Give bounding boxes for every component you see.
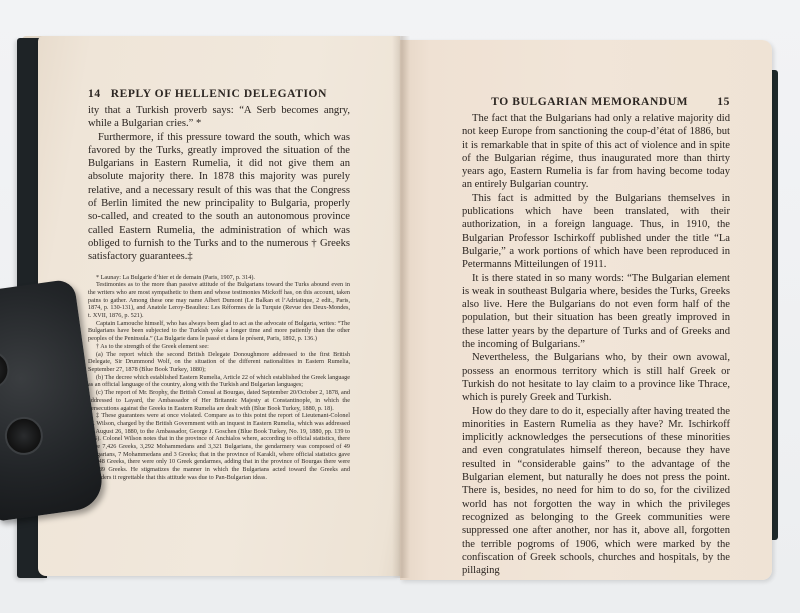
footnote: Testimonies as to the more than passive … xyxy=(88,281,350,320)
page-number: 14 xyxy=(88,88,101,100)
left-running-head: 14 REPLY OF HELLENIC DELEGATION xyxy=(88,88,350,100)
footnote: * Launay: La Bulgarie d’hier et de demai… xyxy=(88,274,350,282)
paragraph: ity that a Turkish proverb says: “A Serb… xyxy=(88,104,350,131)
screw-icon xyxy=(0,348,12,391)
paragraph: It is there stated in so many words: “Th… xyxy=(462,272,730,352)
photo-scene: 14 REPLY OF HELLENIC DELEGATION ity that… xyxy=(0,0,800,613)
running-head-title: TO BULGARIAN MEMORANDUM xyxy=(462,96,717,108)
paragraph: Furthermore, if this pressure toward the… xyxy=(88,131,350,264)
left-page-text: 14 REPLY OF HELLENIC DELEGATION ity that… xyxy=(88,88,350,482)
running-head-title: REPLY OF HELLENIC DELEGATION xyxy=(111,88,350,100)
paragraph: This fact is admitted by the Bulgarians … xyxy=(462,192,730,272)
screw-icon xyxy=(2,414,45,457)
footnote: (c) The report of Mr. Brophy, the Britis… xyxy=(88,389,350,412)
footnote: Captain Lamouche himself, who has always… xyxy=(88,320,350,343)
footnote: (b) The decree which established Eastern… xyxy=(88,374,350,389)
book-gutter xyxy=(392,36,410,578)
paragraph: How do they dare to do it, especially af… xyxy=(462,405,730,578)
paragraph: Nevertheless, the Bulgarians who, by the… xyxy=(462,351,730,404)
footnote: ‡ These guarantees were at once violated… xyxy=(88,412,350,481)
page-number: 15 xyxy=(717,96,730,108)
right-page-text: TO BULGARIAN MEMORANDUM 15 The fact that… xyxy=(462,96,730,577)
footnotes: * Launay: La Bulgarie d’hier et de demai… xyxy=(88,274,350,482)
paragraph: The fact that the Bulgarians had only a … xyxy=(462,112,730,192)
footnote: † As to the strength of the Greek elemen… xyxy=(88,343,350,351)
right-running-head: TO BULGARIAN MEMORANDUM 15 xyxy=(462,96,730,108)
footnote: (a) The report which the second British … xyxy=(88,351,350,374)
